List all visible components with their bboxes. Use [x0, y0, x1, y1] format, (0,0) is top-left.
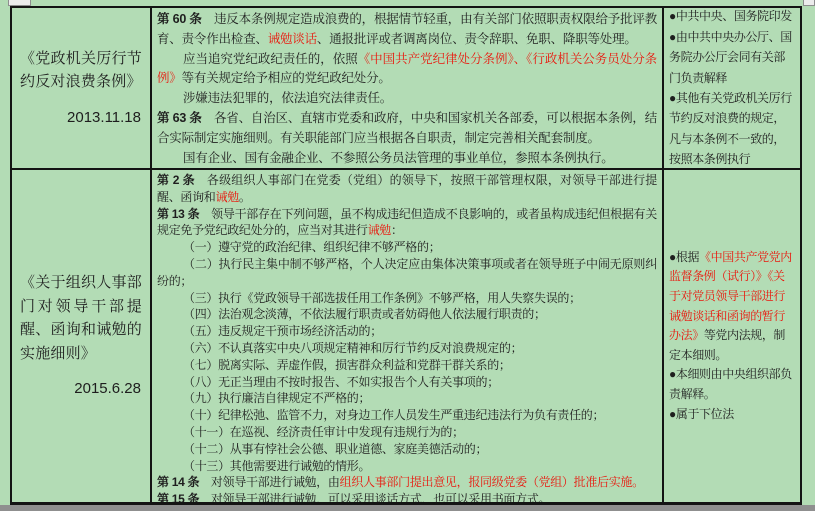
- body-text: （七）脱离实际、弄虚作假，损害群众利益和党群干群关系的；: [183, 358, 511, 372]
- article-paragraph: （三）执行《党政领导干部选拔任用工作条例》不够严格，用人失察失误的；: [157, 290, 657, 307]
- article-paragraph: 第 63 条 各省、自治区、直辖市党委和政府，中央和国家机关各部委，可以根据本条…: [157, 109, 657, 149]
- article-number: 第 14 条: [157, 475, 199, 489]
- body-text: （十一）在巡视、经济责任审计中发现有违规行为的；: [183, 425, 464, 439]
- note-item: ●中共中央、国务院印发: [669, 8, 795, 27]
- doc-title-row1: 《党政机关厉行节约反对浪费条例》: [20, 47, 142, 94]
- body-text: （五）违反规定干预市场经济活动的；: [183, 324, 382, 338]
- body-text: （十二）从事有悖社会公德、职业道德、家庭美德活动的；: [183, 442, 487, 456]
- body-text: （六）不认真落实中央八项规定精神和厉行节约反对浪费规定的；: [183, 341, 522, 355]
- body-text: 领导干部存在下列问题，虽不构成违纪但造成不良影响的，或者虽构成违纪但根据有关规定…: [157, 207, 657, 238]
- article-paragraph: 第 13 条 领导干部存在下列问题，虽不构成违纪但造成不良影响的，或者虽构成违纪…: [157, 206, 657, 240]
- body-text: （十）纪律松弛、监管不力，对身边工作人员发生严重违纪违法行为负有责任的；: [183, 408, 604, 422]
- highlighted-text: 组织人事部门提出意见，报同级党委（党组）批准后实施。: [340, 475, 644, 489]
- highlighted-text: 诫勉谈话: [268, 32, 317, 46]
- body-text: 各省、自治区、直辖市党委和政府，中央和国家机关各部委，可以根据本条例，结合实际制…: [157, 111, 657, 145]
- body-text: （一）遵守党的政治纪律、组织纪律不够严格的；: [183, 240, 440, 254]
- article-paragraph: 第 60 条 违反本条例规定造成浪费的，根据情节轻重，由有关部门依照职责权限给予…: [157, 10, 657, 50]
- doc-notes-cell-row1[interactable]: ●中共中央、国务院印发●由中共中央办公厅、国务院办公厅会同有关部门负责解释●其他…: [664, 8, 800, 170]
- body-text: 根据: [676, 250, 699, 264]
- body-text: （三）执行《党政领导干部选拔任用工作条例》不够严格，用人失察失误的；: [183, 291, 581, 305]
- note-item: ●由中共中央办公厅、国务院办公厅会同有关部门负责解释: [669, 27, 795, 88]
- body-text: 中共中央、国务院印发: [676, 9, 792, 23]
- doc-date-row2: 2015.6.28: [20, 377, 142, 401]
- doc-notes-cell-row2[interactable]: ●根据《中国共产党党内监督条例（试行）》《关于对党员领导干部进行诫勉谈话和函询的…: [664, 170, 800, 504]
- article-paragraph: （二）执行民主集中制不够严格，个人决定应由集体决策事项或者在领导班子中闹无原则纠…: [157, 256, 657, 290]
- article-paragraph: （五）违反规定干预市场经济活动的；: [157, 323, 657, 340]
- body-text: 对领导干部进行诫勉，可以采用谈话方式，也可以采用书面方式。: [199, 492, 550, 504]
- page-corner-notch-right: [803, 0, 815, 6]
- article-paragraph: 第 2 条 各级组织人事部门在党委（党组）的领导下，按照干部管理权限，对领导干部…: [157, 172, 657, 206]
- article-number: 第 2 条: [157, 173, 195, 187]
- body-text: 涉嫌违法犯罪的，依法追究法律责任。: [183, 91, 392, 105]
- doc-date-row1: 2013.11.18: [20, 106, 142, 130]
- highlighted-text: 诫勉: [216, 190, 239, 204]
- article-paragraph: （四）法治观念淡薄，不依法履行职责或者妨碍他人依法履行职责的；: [157, 306, 657, 323]
- article-number: 第 63 条: [157, 111, 202, 125]
- bullet-icon: ●: [669, 30, 676, 44]
- article-paragraph: （十二）从事有悖社会公德、职业道德、家庭美德活动的；: [157, 441, 657, 458]
- article-paragraph: （七）脱离实际、弄虚作假，损害群众利益和党群干群关系的；: [157, 357, 657, 374]
- note-item: ●其他有关党政机关厉行节约反对浪费的规定，凡与本条例不一致的，按照本条例执行: [669, 88, 795, 170]
- body-text: 其他有关党政机关厉行节约反对浪费的规定，凡与本条例不一致的，按照本条例执行: [669, 91, 792, 166]
- body-text: 本细则由中央组织部负责解释。: [669, 367, 792, 401]
- body-text: （九）执行廉洁自律规定不严格的；: [183, 391, 370, 405]
- body-text: 、通报批评或者调离岗位、责令辞职、免职、降职等处理。: [317, 32, 637, 46]
- article-paragraph: （十一）在巡视、经济责任审计中发现有违规行为的；: [157, 424, 657, 441]
- article-number: 第 60 条: [157, 12, 202, 26]
- bullet-icon: ●: [669, 407, 676, 421]
- article-paragraph: （八）无正当理由不按时报告、不如实报告个人有关事项的；: [157, 374, 657, 391]
- body-text: 属于下位法: [676, 407, 734, 421]
- bullet-icon: ●: [669, 91, 676, 105]
- body-text: （十三）其他需要进行诫勉的情形。: [183, 459, 370, 473]
- bullet-icon: ●: [669, 250, 676, 264]
- body-text: 。: [239, 190, 251, 204]
- window-bottom-edge: [0, 505, 815, 511]
- article-paragraph: 第 15 条 对领导干部进行诫勉，可以采用谈话方式，也可以采用书面方式。: [157, 491, 657, 504]
- article-paragraph: 国有企业、国有金融企业、不参照公务员法管理的事业单位，参照本条例执行。: [157, 149, 657, 169]
- article-paragraph: 第 14 条 对领导干部进行诫勉，由组织人事部门提出意见，报同级党委（党组）批准…: [157, 474, 657, 491]
- article-paragraph: （一）遵守党的政治纪律、组织纪律不够严格的；: [157, 239, 657, 256]
- body-text: （八）无正当理由不按时报告、不如实报告个人有关事项的；: [183, 375, 499, 389]
- doc-title-row2: 《关于组织人事部门对领导干部提醒、函询和诫勉的实施细则》: [20, 271, 142, 365]
- bullet-icon: ●: [669, 367, 676, 381]
- highlighted-text: 诫勉: [368, 223, 391, 237]
- article-paragraph: （十三）其他需要进行诫勉的情形。: [157, 458, 657, 475]
- article-paragraph: （六）不认真落实中央八项规定精神和厉行节约反对浪费规定的；: [157, 340, 657, 357]
- body-text: ：: [391, 223, 403, 237]
- body-text: 等有关规定给予相应的党纪政纪处分。: [182, 71, 391, 85]
- note-item: ●本细则由中央组织部负责解释。: [669, 365, 795, 404]
- doc-title-cell-row2[interactable]: 《关于组织人事部门对领导干部提醒、函询和诫勉的实施细则》 2015.6.28: [12, 170, 152, 504]
- article-paragraph: 应当追究党纪政纪责任的，依照《中国共产党纪律处分条例》、《行政机关公务员处分条例…: [157, 50, 657, 90]
- document-page: { "colors":{ "page_bg":"#b3dcb5", "text"…: [0, 0, 815, 511]
- doc-articles-cell-row2[interactable]: 第 2 条 各级组织人事部门在党委（党组）的领导下，按照干部管理权限，对领导干部…: [152, 170, 664, 504]
- article-paragraph: （九）执行廉洁自律规定不严格的；: [157, 390, 657, 407]
- body-text: 由中共中央办公厅、国务院办公厅会同有关部门负责解释: [669, 30, 792, 85]
- body-text: 应当追究党纪政纪责任的，依照: [183, 52, 358, 66]
- article-number: 第 15 条: [157, 492, 199, 504]
- doc-title-cell-row1[interactable]: 《党政机关厉行节约反对浪费条例》 2013.11.18: [12, 8, 152, 170]
- body-text: （四）法治观念淡薄，不依法履行职责或者妨碍他人依法履行职责的；: [183, 307, 546, 321]
- note-item: ●属于下位法: [669, 405, 795, 425]
- body-text: 对领导干部进行诫勉，由: [199, 475, 339, 489]
- regulations-table: 《党政机关厉行节约反对浪费条例》 2013.11.18 第 60 条 违反本条例…: [10, 6, 802, 505]
- note-item: ●根据《中国共产党党内监督条例（试行）》《关于对党员领导干部进行诫勉谈话和函询的…: [669, 248, 795, 366]
- doc-articles-cell-row1[interactable]: 第 60 条 违反本条例规定造成浪费的，根据情节轻重，由有关部门依照职责权限给予…: [152, 8, 664, 170]
- article-paragraph: （十）纪律松弛、监管不力，对身边工作人员发生严重违纪违法行为负有责任的；: [157, 407, 657, 424]
- article-number: 第 13 条: [157, 207, 199, 221]
- body-text: （二）执行民主集中制不够严格，个人决定应由集体决策事项或者在领导班子中闹无原则纠…: [157, 257, 657, 288]
- article-paragraph: 涉嫌违法犯罪的，依法追究法律责任。: [157, 89, 657, 109]
- body-text: 国有企业、国有金融企业、不参照公务员法管理的事业单位，参照本条例执行。: [183, 151, 614, 165]
- bullet-icon: ●: [669, 9, 676, 23]
